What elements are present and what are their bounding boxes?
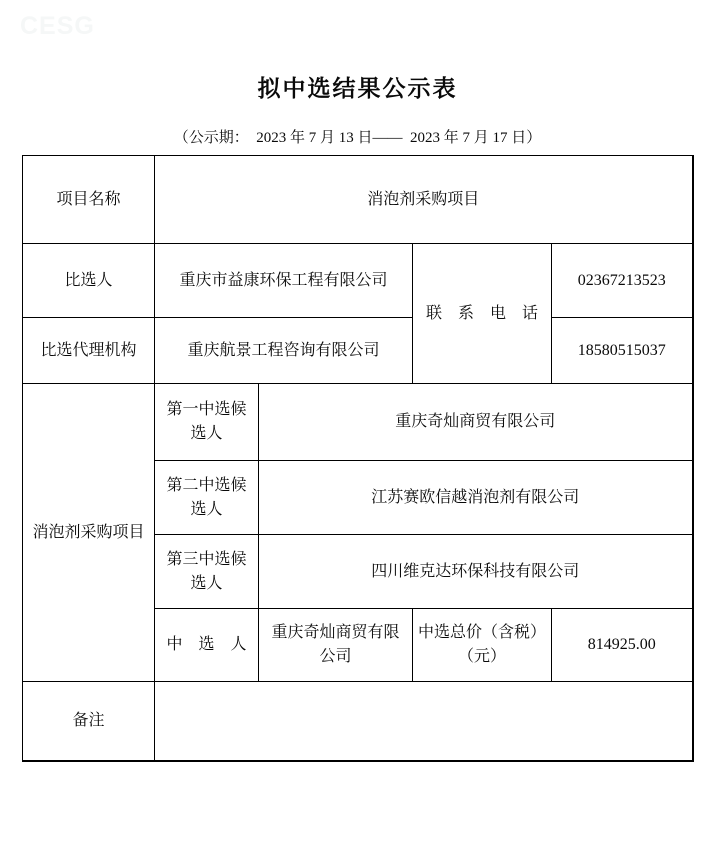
winner-name: 重庆奇灿商贸有限 公司 — [259, 609, 413, 682]
project-name-value: 消泡剂采购项目 — [155, 156, 693, 244]
bidder-value: 重庆市益康环保工程有限公司 — [155, 244, 413, 318]
agency-phone-value: 18580515037 — [552, 318, 693, 384]
cesg-watermark: CESG — [20, 12, 95, 41]
project-group-label: 消泡剂采购项目 — [23, 384, 155, 682]
result-table: 项目名称 消泡剂采购项目 比选人 重庆市益康环保工程有限公司 联 系 电 话 0… — [22, 155, 694, 762]
project-name-label: 项目名称 — [23, 156, 155, 244]
winner-label: 中 选 人 — [155, 609, 259, 682]
agency-label: 比选代理机构 — [23, 318, 155, 384]
candidate-3-name: 四川维克达环保科技有限公司 — [259, 535, 693, 609]
candidate-3-rank-label: 第三中选候 选人 — [155, 535, 259, 609]
remark-label: 备注 — [23, 682, 155, 761]
candidate-1-rank-label: 第一中选候 选人 — [155, 384, 259, 461]
table-row: 项目名称 消泡剂采购项目 — [23, 156, 693, 244]
candidate-2-name: 江苏赛欧信越消泡剂有限公司 — [259, 461, 693, 535]
bidder-phone-value: 02367213523 — [552, 244, 693, 318]
agency-value: 重庆航景工程咨询有限公司 — [155, 318, 413, 384]
contact-phone-label: 联 系 电 话 — [413, 244, 552, 384]
table-row: 消泡剂采购项目 第一中选候 选人 重庆奇灿商贸有限公司 — [23, 384, 693, 461]
candidate-2-rank-label: 第二中选候 选人 — [155, 461, 259, 535]
table-row: 比选人 重庆市益康环保工程有限公司 联 系 电 话 02367213523 — [23, 244, 693, 318]
winning-price-label: 中选总价（含税） （元） — [413, 609, 552, 682]
publicity-document: { "watermark": "CESG", "page": { "title"… — [0, 0, 715, 846]
page-title: 拟中选结果公示表 — [0, 75, 715, 103]
table-row: 比选代理机构 重庆航景工程咨询有限公司 18580515037 — [23, 318, 693, 384]
winning-price-value: 814925.00 — [552, 609, 693, 682]
table-row: 备注 — [23, 682, 693, 761]
candidate-1-name: 重庆奇灿商贸有限公司 — [259, 384, 693, 461]
bidder-label: 比选人 — [23, 244, 155, 318]
remark-value — [155, 682, 693, 761]
publicity-period-subtitle: （公示期： 2023 年 7 月 13 日—— 2023 年 7 月 17 日） — [0, 128, 715, 148]
